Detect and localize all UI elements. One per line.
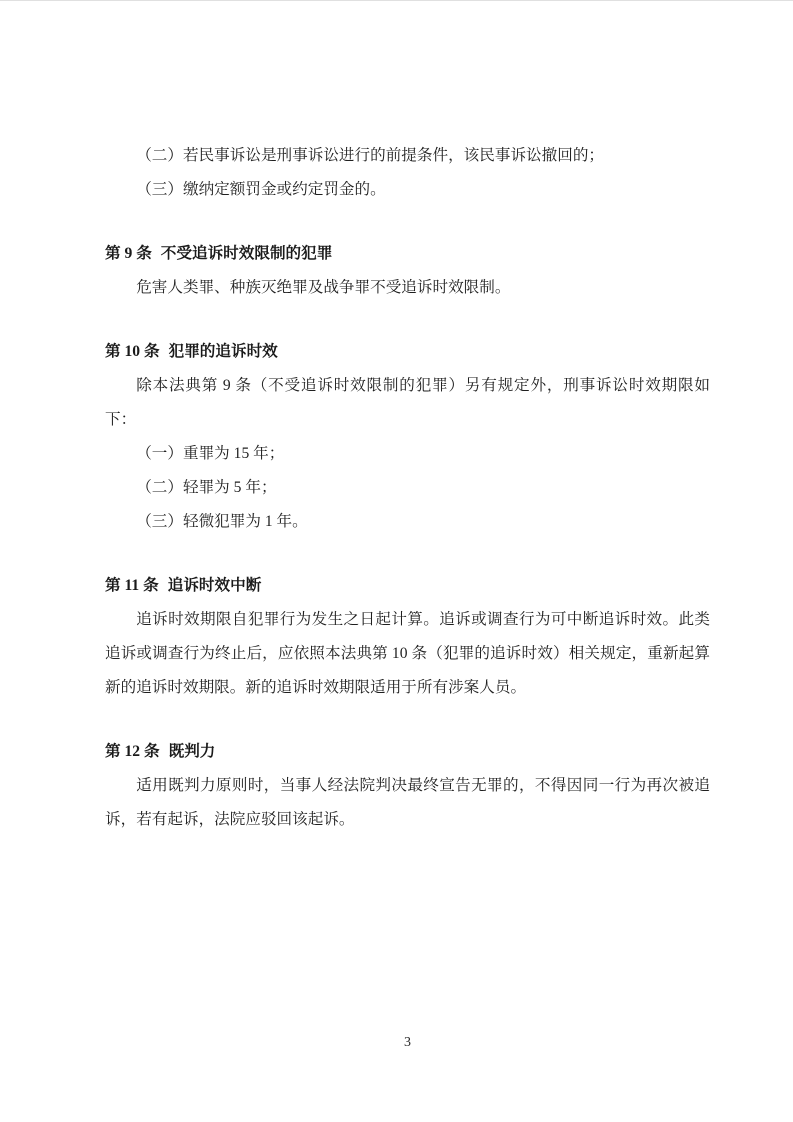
article-12-title: 既判力	[169, 743, 216, 760]
article-9-label: 第 9 条	[105, 245, 152, 262]
page-number: 3	[105, 1033, 710, 1053]
article-11-heading: 第 11 条追诉时效中断	[105, 569, 710, 603]
article-12-paragraph: 适用既判力原则时，当事人经法院判决最终宣告无罪的，不得因同一行为再次被追诉，若有…	[105, 769, 710, 837]
article-10-item-3: （三）轻微犯罪为 1 年。	[105, 505, 710, 539]
article-9-paragraph: 危害人类罪、种族灭绝罪及战争罪不受追诉时效限制。	[105, 271, 710, 305]
document-body: （二）若民事诉讼是刑事诉讼进行的前提条件，该民事诉讼撤回的； （三）缴纳定额罚金…	[105, 1, 710, 837]
article-9-heading: 第 9 条不受追诉时效限制的犯罪	[105, 237, 710, 271]
article-9-title: 不受追诉时效限制的犯罪	[161, 245, 333, 262]
article-10-item-2: （二）轻罪为 5 年；	[105, 471, 710, 505]
article-11-label: 第 11 条	[105, 577, 159, 594]
article-10-item-1: （一）重罪为 15 年；	[105, 437, 710, 471]
article-10-heading: 第 10 条犯罪的追诉时效	[105, 335, 710, 369]
article-12-label: 第 12 条	[105, 743, 160, 760]
article-11-title: 追诉时效中断	[168, 577, 262, 594]
sub-item-2: （二）若民事诉讼是刑事诉讼进行的前提条件，该民事诉讼撤回的；	[105, 139, 710, 173]
article-10-title: 犯罪的追诉时效	[169, 343, 278, 360]
document-page: （二）若民事诉讼是刑事诉讼进行的前提条件，该民事诉讼撤回的； （三）缴纳定额罚金…	[0, 0, 793, 1122]
article-10-label: 第 10 条	[105, 343, 160, 360]
article-11-paragraph: 追诉时效期限自犯罪行为发生之日起计算。追诉或调查行为可中断追诉时效。此类追诉或调…	[105, 603, 710, 705]
article-10-paragraph: 除本法典第 9 条（不受追诉时效限制的犯罪）另有规定外，刑事诉讼时效期限如下：	[105, 369, 710, 437]
sub-item-3: （三）缴纳定额罚金或约定罚金的。	[105, 173, 710, 207]
article-12-heading: 第 12 条既判力	[105, 735, 710, 769]
